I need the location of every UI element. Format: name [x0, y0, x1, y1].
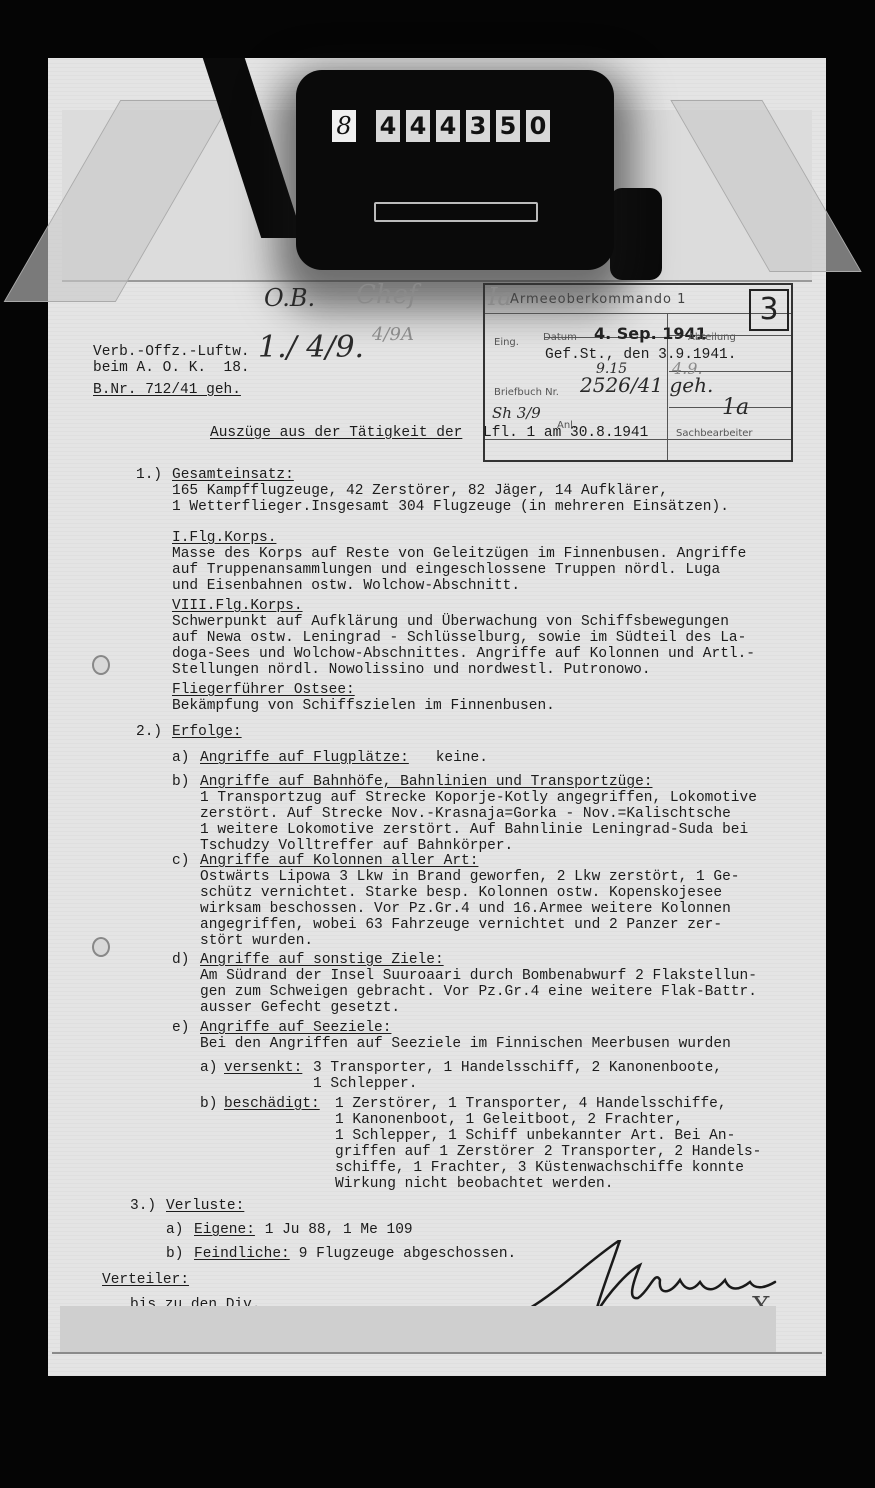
text-line: doga-Sees und Wolchow-Abschnittes. Angri…	[172, 646, 755, 662]
handwritten-1a: 1a	[722, 400, 749, 416]
subsection-heading: I.Flg.Korps.	[172, 530, 276, 546]
text-line: Bei den Angriffen auf Seeziele im Finnis…	[200, 1036, 731, 1052]
item-heading: Eigene:	[194, 1222, 255, 1238]
item-letter: c)	[172, 853, 189, 869]
item-letter: a)	[166, 1222, 183, 1238]
stamp-datum-label: Datum	[543, 330, 577, 346]
text-line: gen zum Schweigen gebracht. Vor Pz.Gr.4 …	[200, 984, 757, 1000]
text-line: Tschudzy Volltreffer auf Bahnkörper.	[200, 838, 513, 854]
section-2-number: 2.)	[136, 724, 162, 740]
subsection-heading: Fliegerführer Ostsee:	[172, 682, 355, 698]
handwritten-chef: Chef	[356, 287, 418, 303]
fold-line	[52, 1352, 822, 1354]
stamp-abteilung-label: Abteilung	[688, 330, 736, 346]
text-line: auf Newa ostw. Leningrad - Schlüsselburg…	[172, 630, 746, 646]
sender-line-2: beim A. O. K. 18.	[93, 360, 250, 376]
item-heading: Angriffe auf Kolonnen aller Art:	[200, 853, 478, 869]
subsection-heading: VIII.Flg.Korps.	[172, 598, 303, 614]
text-line: 1 Schlepper, 1 Schiff unbekannter Art. B…	[335, 1128, 735, 1144]
item-heading: versenkt:	[224, 1060, 302, 1076]
text-line: wirksam beschossen. Vor Pz.Gr.4 und 16.A…	[200, 901, 731, 917]
text-line: angegriffen, wobei 63 Fahrzeuge vernicht…	[200, 917, 722, 933]
text-line: schiffe, 1 Frachter, 3 Küstenwachschiffe…	[335, 1160, 744, 1176]
text-line: 165 Kampfflugzeuge, 42 Zerstörer, 82 Jäg…	[172, 483, 668, 499]
text-line: Schwerpunkt auf Aufklärung und Überwachu…	[172, 614, 729, 630]
handwritten-mark: 1./ 4/9.	[258, 340, 364, 356]
section-2-heading: Erfolge:	[172, 724, 242, 740]
text-line: und Eisenbahnen ostw. Wolchow-Abschnitt.	[172, 578, 520, 594]
handwritten-ob: O.B.	[264, 290, 315, 306]
item-letter: b)	[172, 774, 189, 790]
text-line: griffen auf 1 Zerstörer 2 Transporter, 2…	[335, 1144, 761, 1160]
text-line: 1 weitere Lokomotive zerstört. Auf Bahnl…	[200, 822, 748, 838]
item-heading: Feindliche:	[194, 1246, 290, 1262]
document-title-suffix: Lfl. 1 am 30.8.1941	[483, 425, 648, 441]
text-line: Ostwärts Lipowa 3 Lkw in Brand geworfen,…	[200, 869, 740, 885]
text-line: 1 Kanonenboot, 1 Geleitboot, 2 Frachter,	[335, 1112, 683, 1128]
folder-bottom-flap	[60, 1306, 776, 1352]
item-letter: a)	[200, 1060, 217, 1076]
section-1-number: 1.)	[136, 467, 162, 483]
item-heading: Angriffe auf sonstige Ziele:	[200, 952, 444, 968]
text-line: auf Truppenansammlungen und eingeschloss…	[172, 562, 720, 578]
handwritten-chef-date: 4/9A	[372, 327, 414, 343]
sender-line-1: Verb.-Offz.-Luftw.	[93, 344, 250, 360]
verteiler-label: Verteiler:	[102, 1272, 189, 1288]
text-line: stört wurden.	[200, 933, 313, 949]
text-line: 1 Schlepper.	[313, 1076, 417, 1092]
item-letter: d)	[172, 952, 189, 968]
item-heading: Angriffe auf Bahnhöfe, Bahnlinien und Tr…	[200, 774, 652, 790]
text-line: 1 Zerstörer, 1 Transporter, 4 Handelssch…	[335, 1096, 727, 1112]
text-line: Bekämpfung von Schiffszielen im Finnenbu…	[172, 698, 555, 714]
text-line: ausser Gefecht gesetzt.	[200, 1000, 400, 1016]
handwritten-ia: Ia	[488, 289, 512, 305]
item-letter: b)	[200, 1096, 217, 1112]
handwritten-initial: Sh 3/9	[492, 405, 541, 421]
text-line: 1 Wetterflieger.Insgesamt 304 Flugzeuge …	[172, 499, 729, 515]
item-heading: Angriffe auf Seeziele:	[200, 1020, 391, 1036]
reference-number: B.Nr. 712/41 geh.	[93, 382, 241, 398]
text-line: Wirkung nicht beobachtet werden.	[335, 1176, 613, 1192]
item-letter: b)	[166, 1246, 183, 1262]
document-title: Auszüge aus der Tätigkeit der	[210, 425, 462, 441]
stamp-office: Armeeoberkommando 1	[510, 292, 686, 308]
text-line: zerstört. Auf Strecke Nov.-Krasnaja=Gork…	[200, 806, 731, 822]
stamp-briefbuch-label: Briefbuch Nr.	[494, 385, 559, 401]
text-inline: keine.	[427, 750, 488, 766]
section-1-heading: Gesamteinsatz:	[172, 467, 294, 483]
handwritten-briefbuch-number: 2526/41 geh.	[580, 377, 713, 393]
stamp-eing-label: Eing.	[494, 335, 519, 351]
text-line: 1 Transportzug auf Strecke Koporje-Kotly…	[200, 790, 757, 806]
item-letter: e)	[172, 1020, 189, 1036]
text-line: Masse des Korps auf Reste von Geleitzüge…	[172, 546, 746, 562]
text-line: Stellungen nördl. Nowolissino und nordwe…	[172, 662, 651, 678]
item-letter: a)	[172, 750, 189, 766]
item-heading: beschädigt:	[224, 1096, 320, 1112]
text-inline: 1 Ju 88, 1 Me 109	[256, 1222, 413, 1238]
section-3-number: 3.)	[130, 1198, 156, 1214]
section-3-heading: Verluste:	[166, 1198, 244, 1214]
text-line: schütz vernichtet. Starke besp. Kolonnen…	[200, 885, 722, 901]
item-heading: Angriffe auf Flugplätze:	[200, 750, 409, 766]
text-line: 3 Transporter, 1 Handelsschiff, 2 Kanone…	[313, 1060, 722, 1076]
stamp-gefst-line: Gef.St., den 3.9.1941.	[545, 347, 736, 363]
text-inline: 9 Flugzeuge abgeschossen.	[290, 1246, 516, 1262]
stamp-sachbearbeiter-label: Sachbearbeiter	[676, 426, 753, 442]
text-line: Am Südrand der Insel Suuroaari durch Bom…	[200, 968, 757, 984]
